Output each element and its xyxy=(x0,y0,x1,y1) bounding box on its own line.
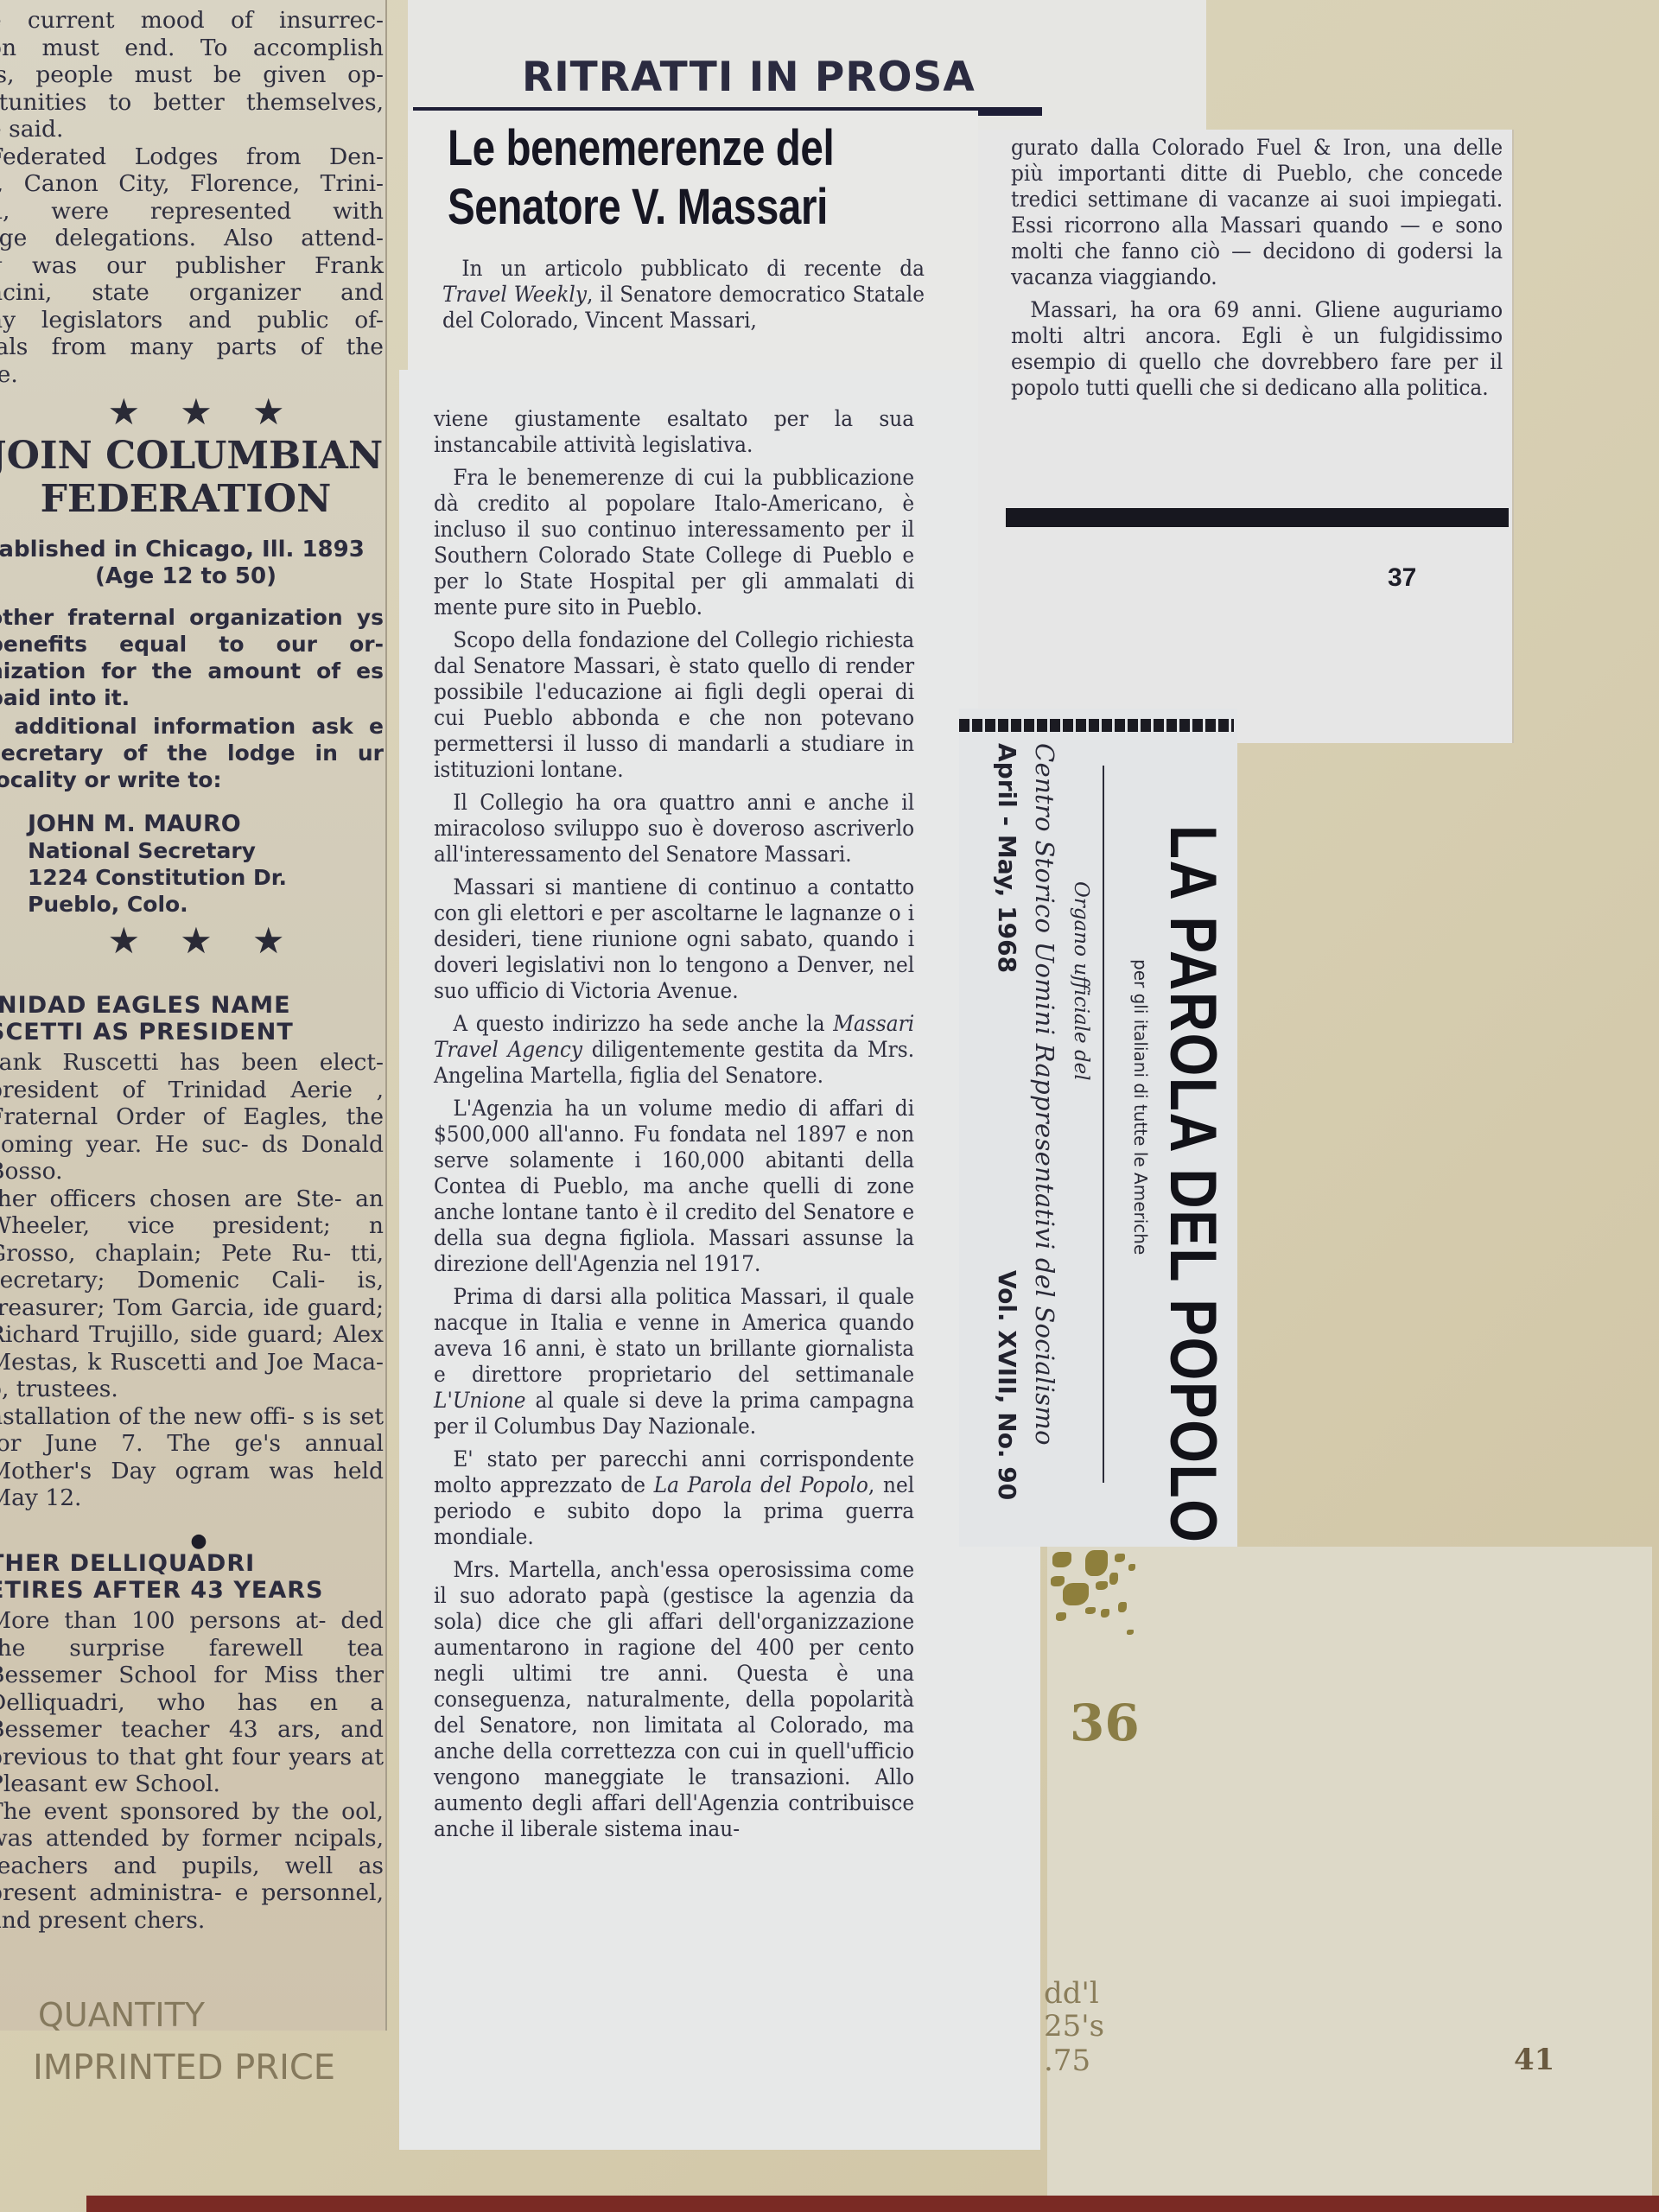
card-25s: 25's xyxy=(1044,2010,1104,2043)
masthead-centro: Centro Storico Uomini Rappresentativi de… xyxy=(1030,743,1059,1446)
left-english-clipping: e current mood of insurrec-on must end. … xyxy=(0,0,387,2031)
ad-title-line2: FEDERATION xyxy=(0,478,384,521)
article-lead: In un articolo pubblicato di recente da … xyxy=(442,256,925,334)
intro-line: rge delegations. Also attend- xyxy=(0,225,384,252)
delliquadri-body-2: The event sponsored by the ool, was atte… xyxy=(0,1798,384,1935)
intro-line: rtunities to better themselves, xyxy=(0,89,384,117)
headline-line-1: Le benemerenze del xyxy=(448,119,834,178)
federation-report: e current mood of insurrec-on must end. … xyxy=(0,7,384,388)
ad-title-line1: JOIN COLUMBIAN xyxy=(0,435,384,478)
album-edge xyxy=(86,2196,1659,2212)
p8-newspaper: L'Unione xyxy=(434,1388,526,1413)
card-price: .75 xyxy=(1044,2044,1090,2077)
intro-line: is, people must be given op- xyxy=(0,61,384,89)
speckle xyxy=(1052,1552,1071,1567)
p9-newspaper: La Parola del Popolo xyxy=(654,1472,868,1497)
intro-line: Federated Lodges from Den- xyxy=(0,143,384,171)
article-p5: Massari si mantiene di continuo a contat… xyxy=(434,874,914,1004)
continuation-p1: gurato dalla Colorado Fuel & Iron, una d… xyxy=(1011,135,1503,290)
article-p7: L'Agenzia ha un volume medio di affari d… xyxy=(434,1096,914,1277)
ad-body2: r additional information ask e secretary… xyxy=(0,713,384,793)
p6-text: A questo indirizzo ha sede anche la xyxy=(453,1011,833,1036)
lead-text: In un articolo pubblicato di recente da xyxy=(461,256,925,281)
section-title: RITRATTI IN PROSA xyxy=(522,54,976,101)
contact-title: National Secretary xyxy=(28,837,384,864)
end-rule xyxy=(1006,508,1509,527)
intro-line: r, Canon City, Florence, Trini- xyxy=(0,170,384,198)
lead-publication: Travel Weekly xyxy=(442,282,587,307)
intro-line: te. xyxy=(0,361,384,389)
bullet-icon: ● xyxy=(0,1533,384,1550)
ad-contact: JOHN M. MAURO National Secretary 1224 Co… xyxy=(0,810,384,918)
contact-name: JOHN M. MAURO xyxy=(28,810,384,837)
masthead-volume: Vol. XVIII, No. 90 xyxy=(993,1270,1021,1500)
speckle xyxy=(1051,1576,1065,1586)
speckle xyxy=(1096,1581,1108,1590)
masthead-title: LA PAROLA DEL POPOLO xyxy=(1155,825,1230,1544)
delliquadri-body-1: More than 100 persons at- ded the surpri… xyxy=(0,1607,384,1798)
card-imprinted-price-label: IMPRINTED PRICE xyxy=(33,2048,335,2088)
article-p1: viene giustamente esaltato per la sua in… xyxy=(434,406,914,458)
article-p9: E' stato per parecchi anni corrispondent… xyxy=(434,1446,914,1550)
speckle xyxy=(1063,1583,1089,1605)
article-p6: A questo indirizzo ha sede anche la Mass… xyxy=(434,1011,914,1089)
speckle xyxy=(1109,1573,1118,1585)
intro-line: ncini, state organizer and xyxy=(0,279,384,307)
delliquadri-headline-1: THER DELLIQUADRI xyxy=(0,1550,384,1577)
eagles-article: INIDAD EAGLES NAME SCETTI AS PRESIDENT r… xyxy=(0,992,384,1512)
masthead-rotated: LA PAROLA DEL POPOLO per gli italiani di… xyxy=(959,709,1237,1547)
page-number-41: 41 xyxy=(1514,2043,1554,2077)
stars-divider-top: ★★★ xyxy=(0,391,384,433)
p8-text: Prima di darsi alla politica Massari, il… xyxy=(434,1284,914,1387)
intro-line: e said. xyxy=(0,116,384,143)
headline-line-2: Senatore V. Massari xyxy=(448,178,834,237)
speckle xyxy=(1056,1612,1066,1621)
intro-paragraph: e current mood of insurrec-on must end. … xyxy=(0,7,384,388)
page-number-37: 37 xyxy=(1388,563,1416,593)
continuation-p2: Massari, ha ora 69 anni. Gliene auguriam… xyxy=(1011,297,1503,401)
speckle xyxy=(1101,1609,1109,1618)
stars-divider-bottom: ★★★ xyxy=(0,919,384,962)
article-p3: Scopo della fondazione del Collegio rich… xyxy=(434,627,914,783)
delliquadri-headline-2: ETIRES AFTER 43 YEARS xyxy=(0,1577,384,1604)
masthead-rule xyxy=(1103,766,1104,1483)
intro-line: g was our publisher Frank xyxy=(0,252,384,280)
masthead-date: April - May, 1968 xyxy=(993,743,1021,973)
article-body: viene giustamente esaltato per la sua in… xyxy=(399,370,1040,2150)
contact-street: 1224 Constitution Dr. xyxy=(28,864,384,891)
columbian-federation-ad: ★★★ JOIN COLUMBIAN FEDERATION tablished … xyxy=(0,391,384,962)
delliquadri-article: ● THER DELLIQUADRI ETIRES AFTER 43 YEARS… xyxy=(0,1533,384,1934)
eagles-body-2: ther officers chosen are Ste- an Wheeler… xyxy=(0,1185,384,1403)
speckle xyxy=(1085,1550,1108,1576)
article-continuation: gurato dalla Colorado Fuel & Iron, una d… xyxy=(978,130,1514,743)
ad-age: (Age 12 to 50) xyxy=(0,563,384,590)
eagles-headline-2: SCETTI AS PRESIDENT xyxy=(0,1019,384,1046)
speckle xyxy=(1127,1630,1134,1635)
speckle xyxy=(1085,1607,1096,1614)
article-p8: Prima di darsi alla politica Massari, il… xyxy=(434,1284,914,1440)
contact-city: Pueblo, Colo. xyxy=(28,891,384,918)
masthead-organ: Organo ufficiale del xyxy=(1070,881,1092,1081)
speckle xyxy=(1128,1564,1135,1571)
speckle xyxy=(1115,1554,1125,1562)
ad-body1: other fraternal organization ys benefits… xyxy=(0,604,384,711)
card-number-36: 36 xyxy=(1070,1694,1140,1752)
article-headline: Le benemerenze del Senatore V. Massari xyxy=(448,119,834,237)
newspaper-masthead: LA PAROLA DEL POPOLO per gli italiani di… xyxy=(959,709,1237,1547)
eagles-body-3: nstallation of the new offi- s is set fo… xyxy=(0,1403,384,1512)
intro-line: on must end. To accomplish xyxy=(0,35,384,62)
ad-established: tablished in Chicago, Ill. 1893 xyxy=(0,537,384,563)
masthead-subtitle: per gli italiani di tutte le Americhe xyxy=(1130,959,1151,1255)
eagles-body-1: rank Ruscetti has been elect- president … xyxy=(0,1049,384,1185)
article-header: Le benemerenze del Senatore V. Massari I… xyxy=(408,111,978,370)
eagles-headline-1: INIDAD EAGLES NAME xyxy=(0,992,384,1019)
card-addl: dd'l xyxy=(1044,1977,1099,2010)
intro-line: ny legislators and public of- xyxy=(0,307,384,334)
article-p4: Il Collegio ha ora quattro anni e anche … xyxy=(434,790,914,868)
article-p10: Mrs. Martella, anch'essa operosissima co… xyxy=(434,1557,914,1842)
article-p2: Fra le benemerenze di cui la pubblicazio… xyxy=(434,465,914,620)
intro-line: ials from many parts of the xyxy=(0,334,384,361)
card-quantity-label: QUANTITY xyxy=(38,1996,205,2031)
intro-line: d, were represented with xyxy=(0,198,384,226)
intro-line: e current mood of insurrec- xyxy=(0,7,384,35)
backing-price-card: 36 dd'l 25's .75 41 xyxy=(1047,1547,1652,2203)
speckle xyxy=(1118,1602,1127,1612)
